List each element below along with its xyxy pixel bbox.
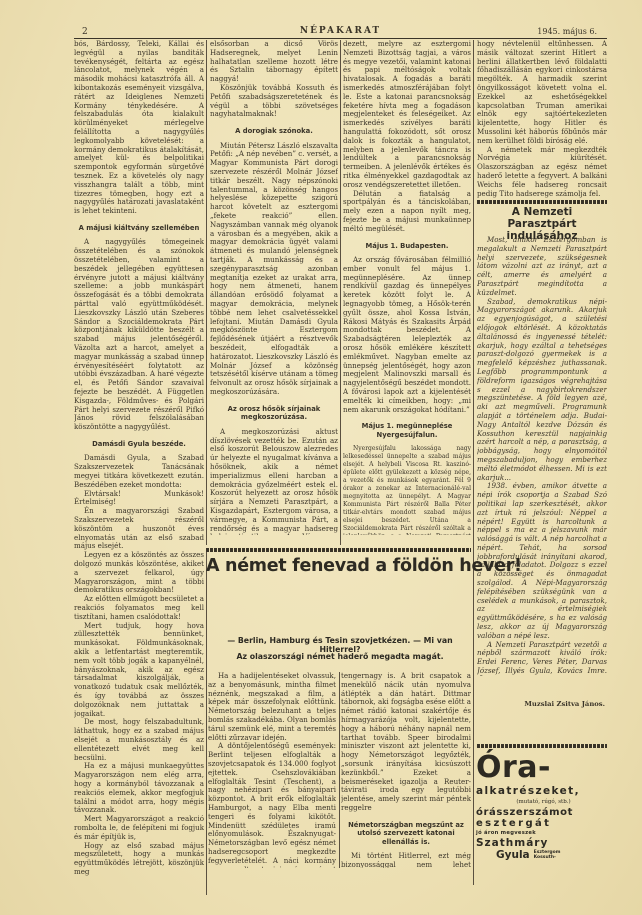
column-3: dezett, melyre az esztergomi Nemzeti Biz… <box>343 40 471 535</box>
paragraph: Nyergesújfalu lakossága nagy lelkesedéss… <box>343 445 471 535</box>
ad-line: Gyula Esztergom Kossuth- <box>476 849 611 861</box>
paragraph: Damásdi Gyula, a Szabad Szakszervezetek … <box>74 454 204 489</box>
paragraph: Elvtársak! Munkások! Értelmiség! <box>74 490 204 508</box>
main-subheadline: Az olaszországi német haderő megadta mag… <box>206 652 474 661</box>
ornamental-rule <box>206 548 471 552</box>
ornamental-rule <box>477 200 607 204</box>
newspaper-page: 2 NÉPAKARAT 1945. május 6. bós, Bárdossy… <box>0 0 642 915</box>
subheading: Damásdi Gyula beszéde. <box>74 440 204 449</box>
ad-address: Esztergom Kossuth- <box>534 850 561 860</box>
main-story-column-a: Ha a hadijelentéseket olvassuk, az a ben… <box>208 672 336 868</box>
paragraph: Mert Magyarországot a reakció rombolta l… <box>74 815 204 841</box>
paragraph: Mert tudjuk, hogy hova züllesztették ben… <box>74 622 204 719</box>
ad-line: Szathmáry <box>476 837 611 849</box>
paragraph: Köszönjük továbbá Kossuth és Petőfi szab… <box>210 84 338 119</box>
paragraph: Ha a hadijelentéseket olvassuk, az a ben… <box>208 672 336 742</box>
paragraph: De most, hogy felszabadultunk, láthattuk… <box>74 718 204 762</box>
column-divider <box>339 672 340 868</box>
ad-line: jó áron megveszek <box>476 830 611 836</box>
subheading: Az orosz hősök sírjainak megkoszorúzása. <box>210 405 338 422</box>
newspaper-title: NÉPAKARAT <box>74 26 607 36</box>
subheading: A májusi kiáltvány szellemében <box>74 224 204 233</box>
ad-line: esztergát <box>476 818 611 829</box>
paragraph: A döntőjelentőségű események: Berlint te… <box>208 742 336 868</box>
paragraph: A megkoszorúzási aktust díszlövések veze… <box>210 428 338 535</box>
paragraph: Mi történt Hitlerrel, ezt még bizonyossá… <box>341 852 471 868</box>
paragraph: dezett, melyre az esztergomi Nemzeti Biz… <box>343 40 471 190</box>
subheading: A dorogiak szónoka. <box>210 127 338 136</box>
issue-date: 1945. május 6. <box>537 27 597 36</box>
subheading: Május 1. Budapesten. <box>343 242 471 251</box>
column-4: hogy névtelenül eltűnhessen. A másik vál… <box>477 40 607 200</box>
column-divider <box>206 40 207 545</box>
paragraph: Én a magyarországi Szabad Szakszervezete… <box>74 507 204 551</box>
paragraph: elsősorban a dicső Vörös Hadseregnek, me… <box>210 40 338 84</box>
paragraph: Legyen ez a köszöntés az összes dolgozó … <box>74 551 204 595</box>
advertisement: Óra- alkatrészeket, (mutató, rúgó, stb.)… <box>476 752 611 861</box>
page-header: 2 NÉPAKARAT 1945. május 6. <box>74 22 607 38</box>
ad-line: alkatrészeket, <box>476 785 611 797</box>
paragraph: Ha ez a májusi munkaegyüttes Magyarorszá… <box>74 762 204 815</box>
ad-name: Gyula <box>496 849 530 861</box>
ad-line: Óra- <box>476 752 611 784</box>
paragraph: Szabad, demokratikus népi-Magyarországot… <box>477 298 607 483</box>
author-signature: Muzslai Zsitva János. <box>477 700 605 708</box>
column-1: bós, Bárdossy, Teleki, Kállai és legvégü… <box>74 40 204 896</box>
ad-address-line: Kossuth- <box>534 855 556 860</box>
paragraph: bós, Bárdossy, Teleki, Kállai és legvégü… <box>74 40 204 216</box>
paragraph: Az előtten ellmúgott becsületet a reakci… <box>74 595 204 621</box>
paragraph: A Nemzeti Parasztpárt vezetői a népből s… <box>477 641 607 676</box>
column-divider <box>473 40 474 885</box>
paragraph: Miután Pétersz László elszavalta Petőfi:… <box>210 142 338 397</box>
column-2: elsősorban a dicső Vörös Hadseregnek, me… <box>210 40 338 535</box>
ornamental-rule <box>477 744 607 748</box>
ad-line: (mutató, rúgó, stb.) <box>476 799 611 805</box>
paragraph: A németek már megkezdték Norvégia kiürít… <box>477 146 607 199</box>
subheading: Németországban megszűnt az utolsó szerve… <box>341 821 471 847</box>
paragraph: Az ország fővárosában félmillió ember vo… <box>343 256 471 414</box>
column-divider <box>206 552 207 895</box>
paragraph: tengernagy is. A brit csapatok a menekül… <box>341 672 471 813</box>
paragraph: A nagygyűlés tömegeinek összetételében é… <box>74 238 204 432</box>
header-rule <box>74 38 607 39</box>
article-body: Most, amikor Esztergomban is megalakult … <box>477 236 607 676</box>
paragraph: Hogy az első szabad május megszületett, … <box>74 842 204 877</box>
subheading: Május 1. megünneplése Nyergesújfalun. <box>343 422 471 439</box>
main-story-column-b: tengernagy is. A brit csapatok a menekül… <box>341 672 471 868</box>
ad-line: órásszerszámot <box>476 807 611 818</box>
paragraph: hogy névtelenül eltűnhessen. A másik vál… <box>477 40 607 146</box>
main-headline: A német fenevad a földön hever! <box>206 556 474 576</box>
column-divider <box>340 40 341 545</box>
paragraph: Délután a fiatalság a sportpályán és a t… <box>343 190 471 234</box>
paragraph: Most, amikor Esztergomban is megalakult … <box>477 236 607 298</box>
